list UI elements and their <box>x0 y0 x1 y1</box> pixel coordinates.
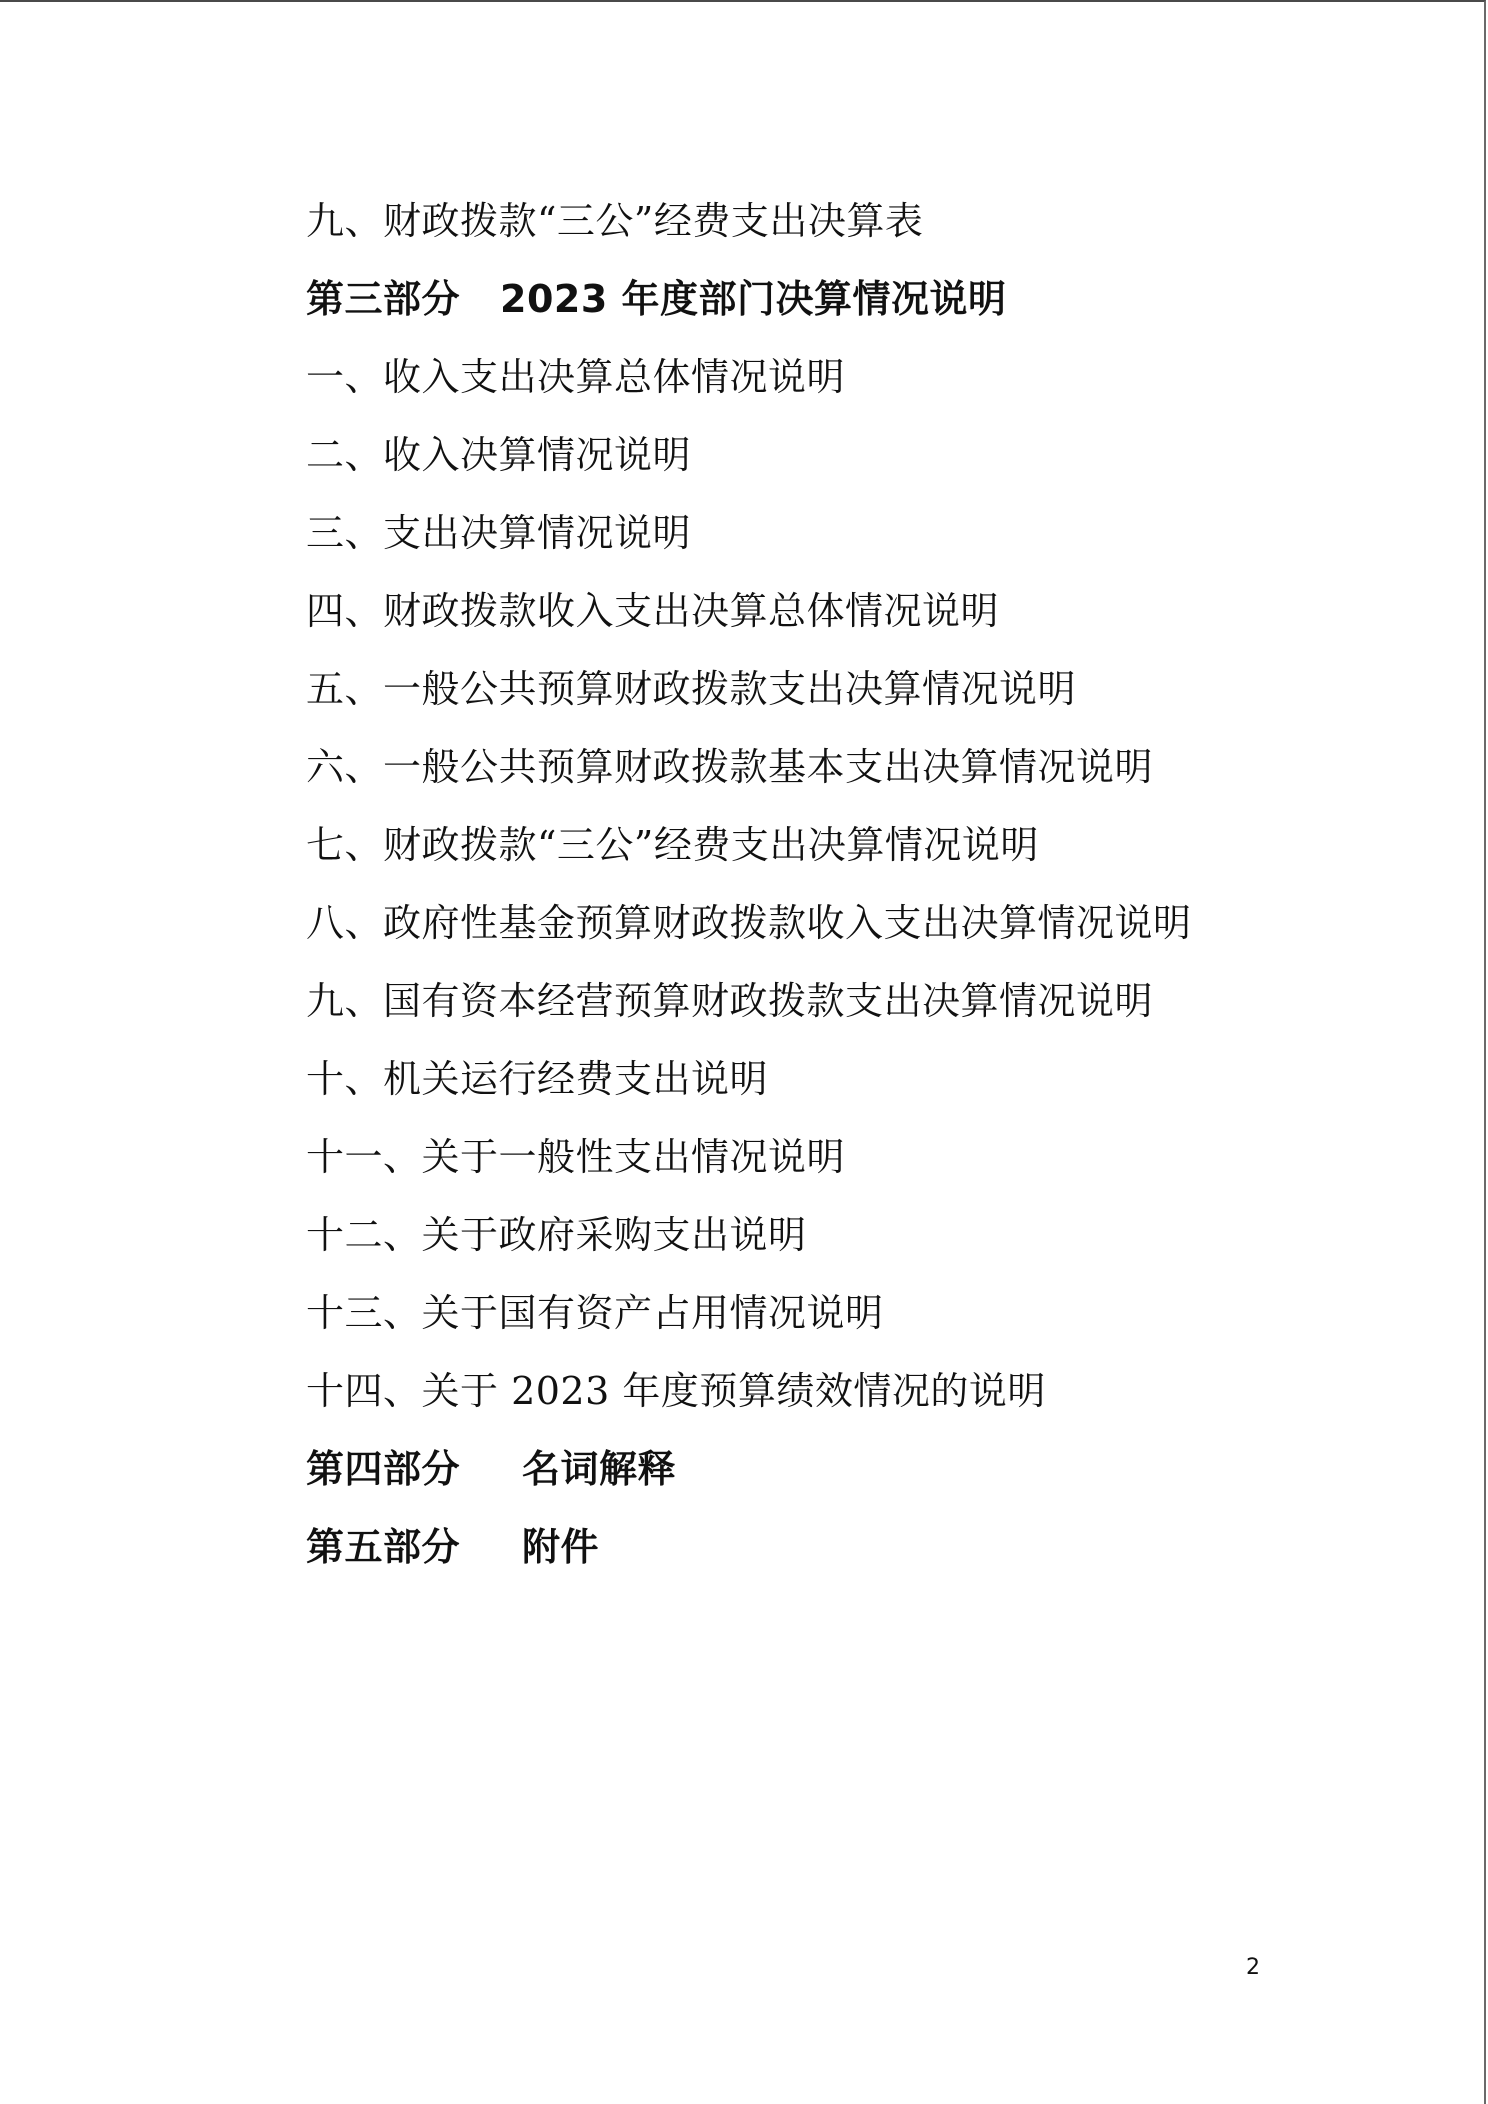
part-label: 第四部分 <box>306 1440 460 1498</box>
part-title: 2023 年度部门决算情况说明 <box>500 277 1007 321</box>
toc-item-fiscal-overall: 四、财政拨款收入支出决算总体情况说明 <box>306 582 1192 660</box>
toc-item-expenditure: 三、支出决算情况说明 <box>306 504 1192 582</box>
toc-heading-part-three: 第三部分2023 年度部门决算情况说明 <box>306 270 1192 348</box>
table-of-contents: 九、财政拨款“三公”经费支出决算表 第三部分2023 年度部门决算情况说明 一、… <box>306 192 1192 1596</box>
part-title: 附件 <box>522 1525 599 1569</box>
toc-item-agency-operating-costs: 十、机关运行经费支出说明 <box>306 1050 1192 1128</box>
toc-item-state-capital-budget: 九、国有资本经营预算财政拨款支出决算情况说明 <box>306 972 1192 1050</box>
part-label: 第三部分 <box>306 270 460 328</box>
page-number: 2 <box>1246 1955 1260 1980</box>
toc-item-general-budget-expenditure: 五、一般公共预算财政拨款支出决算情况说明 <box>306 660 1192 738</box>
toc-item-three-public-expenditure: 七、财政拨款“三公”经费支出决算情况说明 <box>306 816 1192 894</box>
toc-item-income: 二、收入决算情况说明 <box>306 426 1192 504</box>
toc-item-state-assets: 十三、关于国有资产占用情况说明 <box>306 1284 1192 1362</box>
toc-item-performance: 十四、关于 2023 年度预算绩效情况的说明 <box>306 1362 1192 1440</box>
toc-item-general-budget-basic-expenditure: 六、一般公共预算财政拨款基本支出决算情况说明 <box>306 738 1192 816</box>
toc-item-government-procurement: 十二、关于政府采购支出说明 <box>306 1206 1192 1284</box>
toc-item-fiscal-three-public-table: 九、财政拨款“三公”经费支出决算表 <box>306 192 1192 270</box>
document-page: 九、财政拨款“三公”经费支出决算表 第三部分2023 年度部门决算情况说明 一、… <box>0 0 1486 2104</box>
toc-heading-part-four: 第四部分名词解释 <box>306 1440 1192 1518</box>
part-label: 第五部分 <box>306 1518 460 1576</box>
toc-item-general-expenditure: 十一、关于一般性支出情况说明 <box>306 1128 1192 1206</box>
toc-item-government-fund-budget: 八、政府性基金预算财政拨款收入支出决算情况说明 <box>306 894 1192 972</box>
part-title: 名词解释 <box>522 1447 676 1491</box>
toc-heading-part-five: 第五部分附件 <box>306 1518 1192 1596</box>
toc-item-overall-income-expenditure: 一、收入支出决算总体情况说明 <box>306 348 1192 426</box>
